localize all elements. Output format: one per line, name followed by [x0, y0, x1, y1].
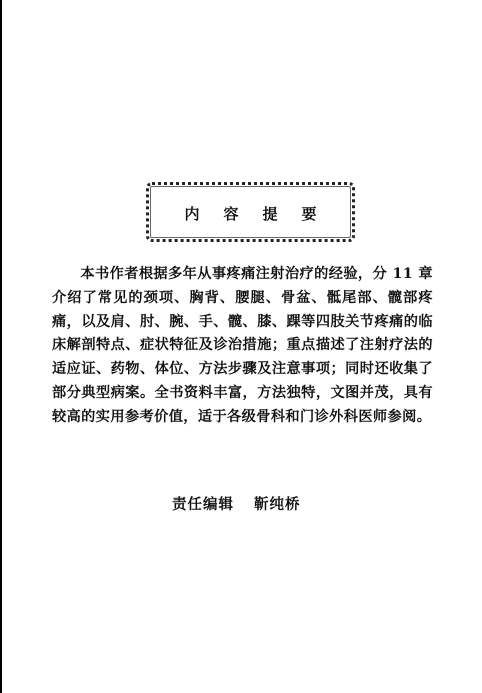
page-left-border	[0, 0, 2, 693]
summary-paragraph: 本书作者根据多年从事疼痛注射治疗的经验，分 11 章介绍了常见的颈项、胸背、腰腿…	[52, 263, 433, 430]
editor-name: 靳纯桥	[254, 497, 301, 513]
summary-text-block: 本书作者根据多年从事疼痛注射治疗的经验，分 11 章介绍了常见的颈项、胸背、腰腿…	[52, 263, 433, 430]
editor-label: 责任编辑	[172, 497, 234, 513]
responsible-editor: 责任编辑靳纯桥	[172, 493, 301, 514]
title-box: 内容提要	[146, 182, 355, 242]
section-title: 内容提要	[149, 203, 352, 224]
